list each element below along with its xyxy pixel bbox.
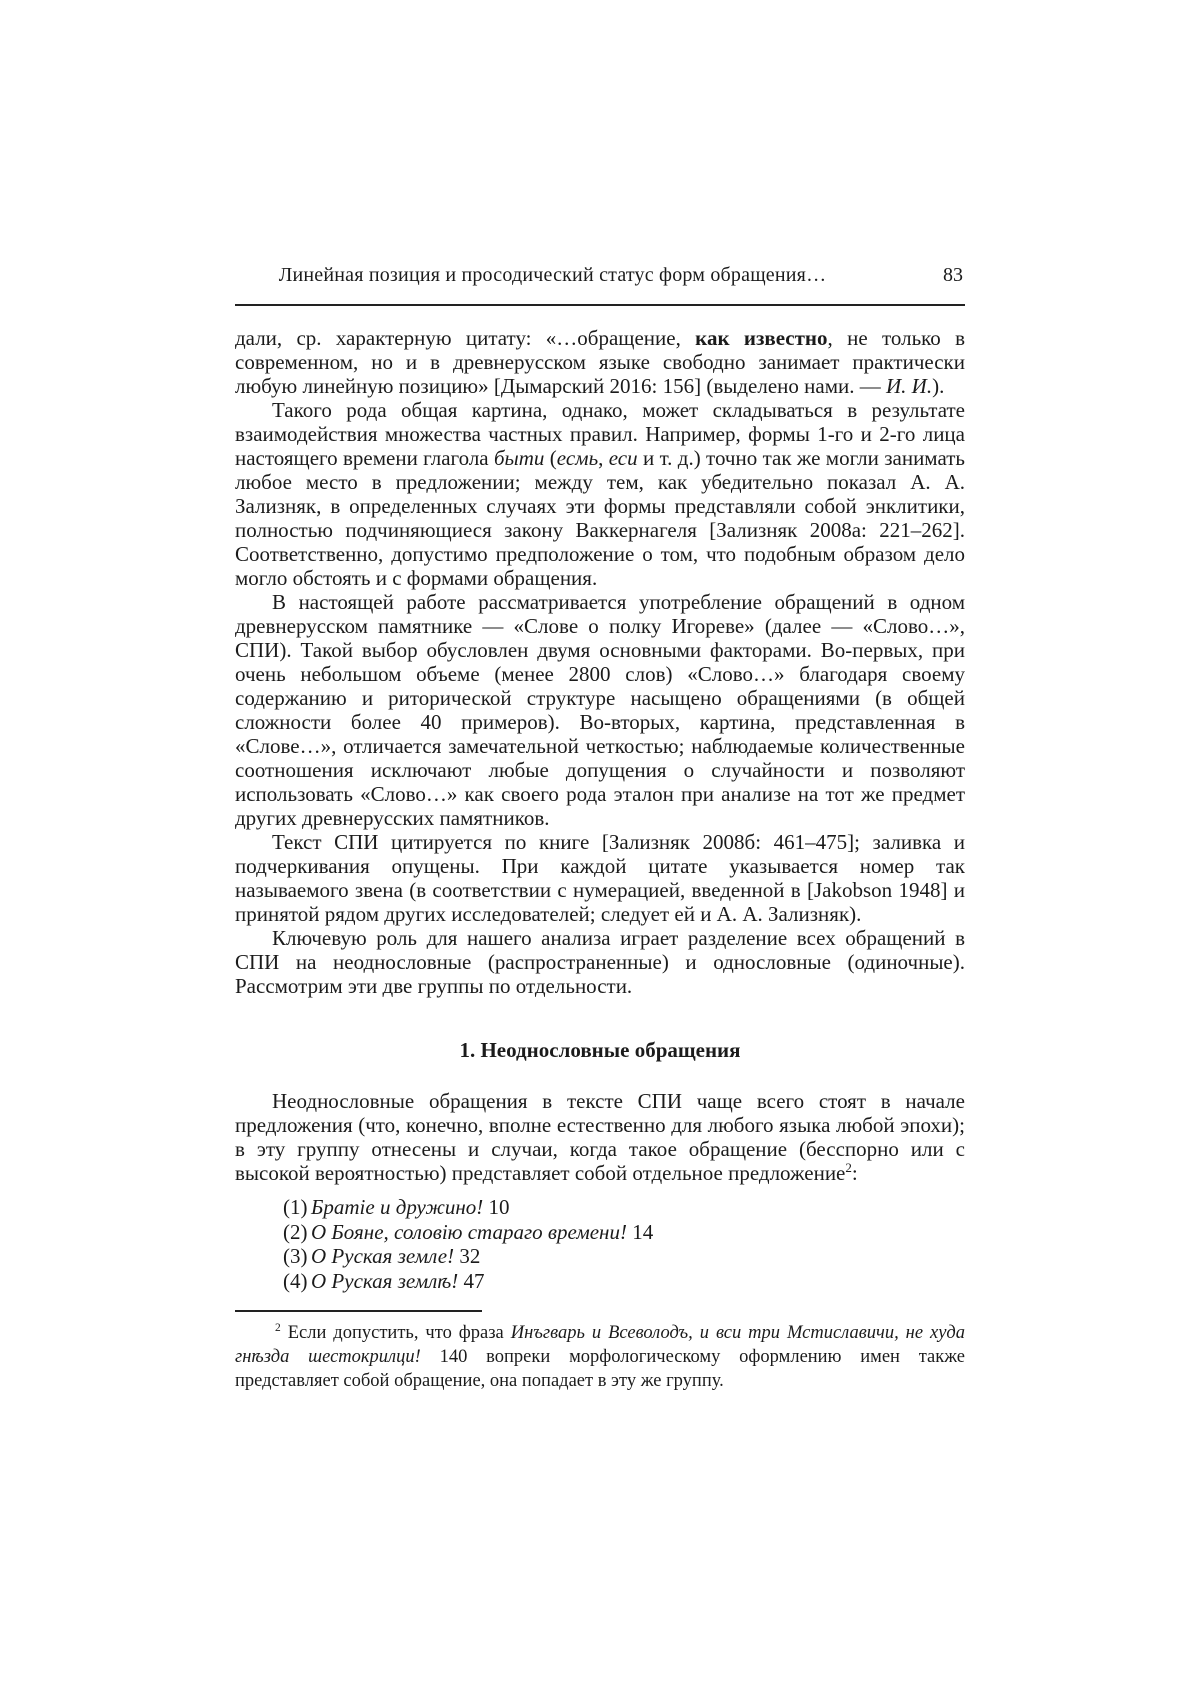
example-number: (1) [283, 1195, 311, 1220]
example-quote: О Бояне, соловію стараго времени! [311, 1220, 627, 1244]
paragraph: Такого рода общая картина, однако, может… [235, 398, 965, 590]
footnote-block: 2 Если допустить, что фраза Инъгварь и В… [235, 1310, 965, 1393]
example-item: (1)Братіе и дружино! 10 [283, 1195, 965, 1220]
footnote-text: 2 Если допустить, что фраза Инъгварь и В… [235, 1321, 965, 1393]
example-ref: 14 [627, 1220, 653, 1244]
text-run: дали, ср. характерную цитату: «…обращени… [235, 326, 695, 350]
example-item: (3)О Руская земле! 32 [283, 1244, 965, 1269]
paragraph: дали, ср. характерную цитату: «…обращени… [235, 326, 965, 398]
text-run: быти [494, 446, 544, 470]
text-run: В настоящей работе рассматривается употр… [235, 590, 965, 830]
paragraph: Неоднословные обращения в тексте СПИ чащ… [235, 1089, 965, 1185]
paragraphs-top: дали, ср. характерную цитату: «…обращени… [235, 326, 965, 998]
example-ref: 10 [483, 1195, 509, 1219]
text-column: Линейная позиция и просодический статус … [235, 262, 965, 1393]
text-run: Если допустить, что фраза [288, 1323, 511, 1343]
text-run: : [852, 1161, 858, 1185]
example-item: (2)О Бояне, соловію стараго времени! 14 [283, 1220, 965, 1245]
example-item: (4)О Руская землѣ! 47 [283, 1269, 965, 1294]
document-page: Линейная позиция и просодический статус … [0, 0, 1200, 1697]
example-quote: О Руская земле! [311, 1244, 454, 1268]
paragraph: В настоящей работе рассматривается употр… [235, 590, 965, 830]
example-quote: Братіе и дружино! [311, 1195, 483, 1219]
paragraph: Текст СПИ цитируется по книге [Зализняк … [235, 830, 965, 926]
example-number: (2) [283, 1220, 311, 1245]
text-run: Ключевую роль для нашего анализа играет … [235, 926, 965, 998]
text-run: , [598, 446, 609, 470]
example-number: (3) [283, 1244, 311, 1269]
footnote-rule [235, 1310, 482, 1312]
example-quote: О Руская землѣ! [311, 1269, 458, 1293]
text-run: ). [932, 374, 944, 398]
text-run: еси [609, 446, 638, 470]
text-run: есмь [557, 446, 598, 470]
examples-list: (1)Братіе и дружино! 10(2)О Бояне, солов… [235, 1195, 965, 1293]
page-number: 83 [943, 262, 963, 288]
text-run: Текст СПИ цитируется по книге [Зализняк … [235, 830, 965, 926]
body-text: дали, ср. характерную цитату: «…обращени… [235, 326, 965, 1393]
section-heading: 1. Неоднословные обращения [235, 1038, 965, 1062]
text-run: И. И. [886, 374, 932, 398]
example-ref: 32 [454, 1244, 480, 1268]
footnote-marker: 2 [275, 1322, 281, 1334]
example-ref: 47 [458, 1269, 484, 1293]
paragraph: Ключевую роль для нашего анализа играет … [235, 926, 965, 998]
example-number: (4) [283, 1269, 311, 1294]
text-run: ( [544, 446, 556, 470]
running-title: Линейная позиция и просодический статус … [235, 262, 965, 288]
page-header: Линейная позиция и просодический статус … [235, 262, 965, 306]
text-run: как известно [695, 326, 827, 350]
paragraph-after-heading: Неоднословные обращения в тексте СПИ чащ… [235, 1089, 965, 1185]
